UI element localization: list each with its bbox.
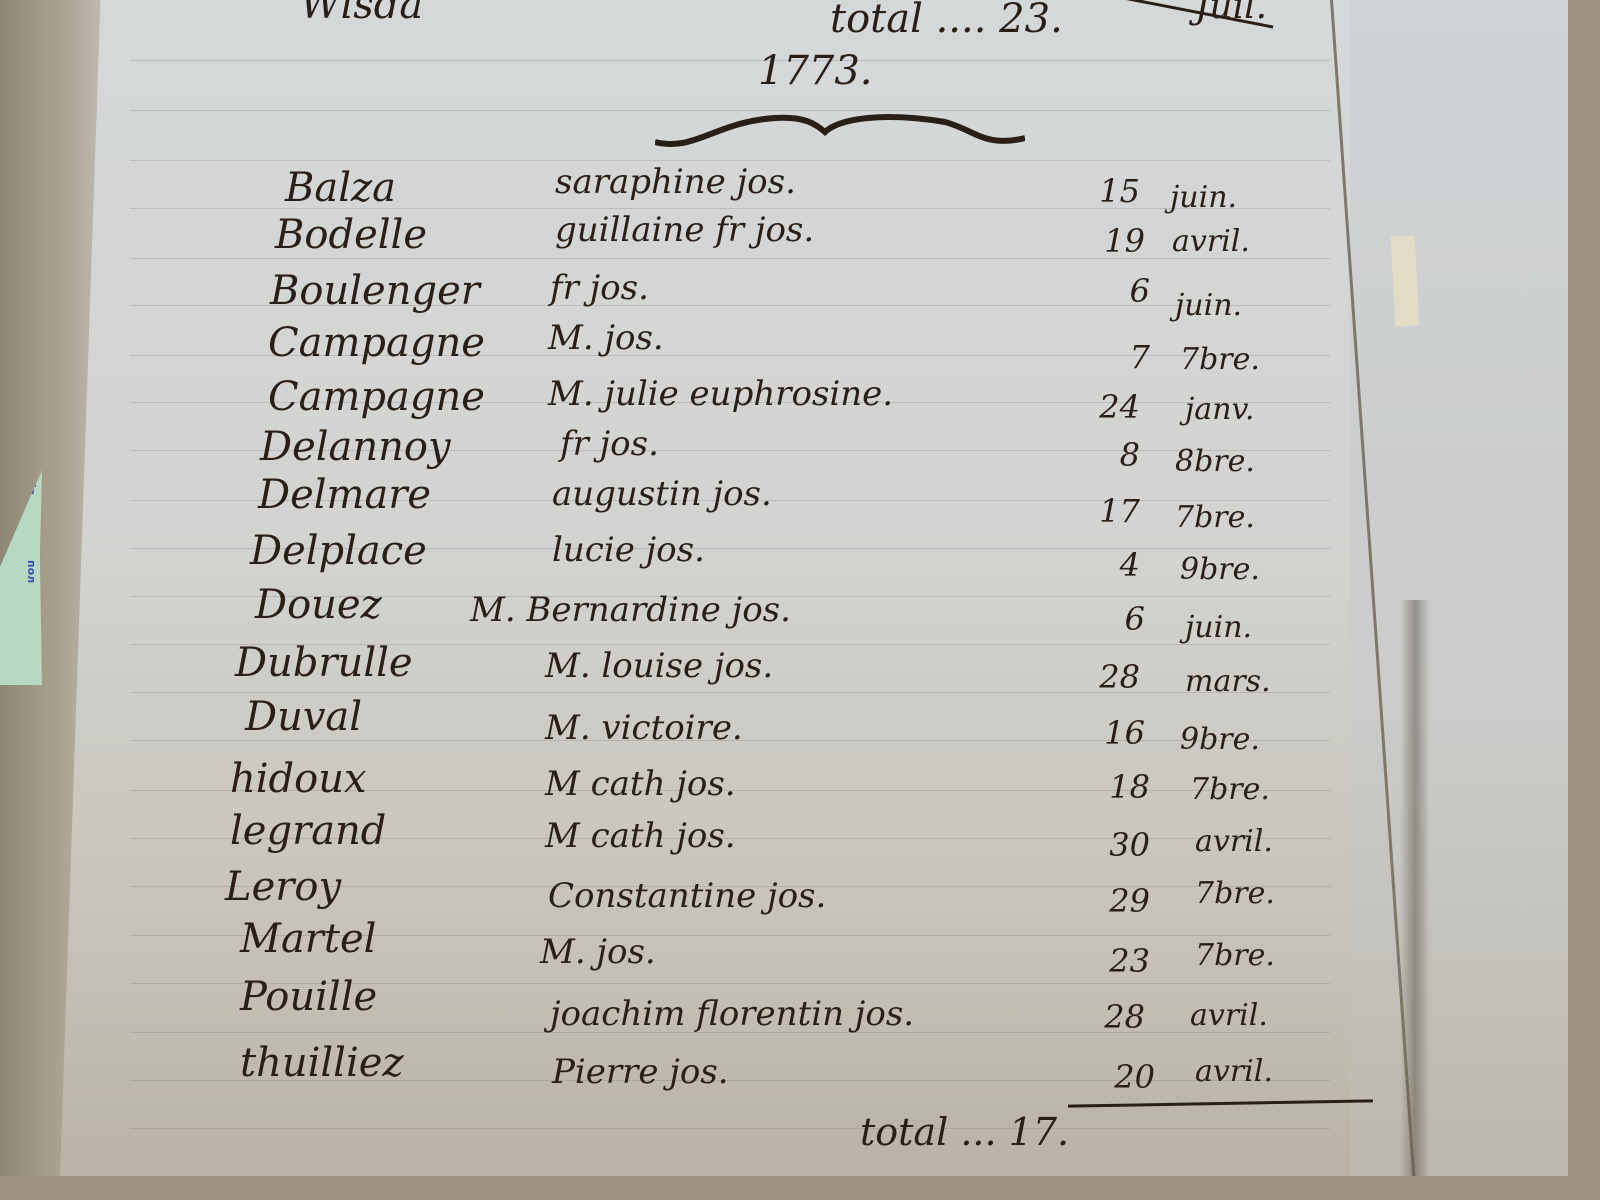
previous-total-label: total — [830, 0, 923, 42]
entry-month: 7bre. — [1175, 500, 1255, 535]
repair-tape — [1391, 235, 1420, 326]
entry-day: 19 — [1085, 222, 1145, 260]
entry-day: 6 — [1085, 600, 1145, 638]
entry-day: 18 — [1090, 768, 1150, 806]
page-fold-shadow — [1400, 600, 1430, 1176]
section-total-dots: ... — [960, 1110, 996, 1154]
entry-month: 7bre. — [1195, 938, 1275, 973]
entry-day: 29 — [1090, 882, 1150, 920]
entry-surname: Pouille — [240, 974, 377, 1020]
entry-month: juin. — [1170, 180, 1237, 215]
entry-day: 8 — [1080, 436, 1140, 474]
entry-surname: thuilliez — [240, 1040, 404, 1086]
entry-day: 16 — [1085, 714, 1145, 752]
previous-total-dots: .... — [936, 0, 987, 42]
entry-day: 23 — [1090, 942, 1150, 980]
heading-flourish — [655, 112, 1025, 162]
entry-month: 8bre. — [1175, 444, 1255, 479]
year-heading: 1773. — [758, 48, 873, 94]
entry-surname: hidoux — [230, 756, 367, 802]
entry-month: 9bre. — [1180, 722, 1260, 757]
entry-month: 9bre. — [1180, 552, 1260, 587]
entry-given-names: Constantine jos. — [548, 876, 826, 916]
entry-month: 7bre. — [1190, 772, 1270, 807]
entry-month: avril. — [1195, 1054, 1273, 1089]
entry-month: juin. — [1185, 610, 1252, 645]
entry-given-names: M. victoire. — [545, 708, 743, 748]
entry-surname: Duval — [245, 694, 362, 740]
entry-day: 4 — [1080, 546, 1140, 584]
entry-day: 28 — [1080, 658, 1140, 696]
entry-surname: Delannoy — [260, 424, 451, 470]
entry-given-names: fr jos. — [550, 268, 649, 308]
entry-day: 28 — [1085, 998, 1145, 1036]
entry-given-names: lucie jos. — [552, 530, 705, 570]
entry-surname: Balza — [285, 165, 396, 211]
entry-given-names: Pierre jos. — [552, 1052, 729, 1092]
entry-day: 24 — [1080, 388, 1140, 426]
entry-given-names: augustin jos. — [552, 474, 772, 514]
sticker-text: пол — [25, 560, 38, 583]
entry-given-names: M. jos. — [540, 932, 656, 972]
entry-surname: Delplace — [250, 528, 427, 574]
entry-month: 7bre. — [1195, 876, 1275, 911]
entry-month: 7bre. — [1180, 342, 1260, 377]
entry-day: 20 — [1095, 1058, 1155, 1096]
entry-surname: Martel — [240, 916, 376, 962]
section-total-value: 17. — [1009, 1110, 1069, 1154]
entry-given-names: M. louise jos. — [545, 646, 773, 686]
entry-given-names: M. Bernardine jos. — [470, 590, 791, 630]
entry-surname: Campagne — [268, 320, 485, 366]
entry-given-names: joachim florentin jos. — [550, 994, 914, 1034]
entry-surname: Bodelle — [275, 212, 427, 258]
entry-surname: Campagne — [268, 374, 485, 420]
entry-month: janv. — [1185, 392, 1254, 427]
entry-month: avril. — [1172, 224, 1250, 259]
entry-surname: Leroy — [225, 864, 341, 910]
entry-given-names: M cath jos. — [545, 764, 736, 804]
entry-given-names: guillaine fr jos. — [555, 210, 814, 250]
entry-month: mars. — [1185, 664, 1271, 699]
entry-day: 17 — [1080, 492, 1140, 530]
previous-total: total .... 23. — [830, 0, 1063, 42]
previous-total-value: 23. — [999, 0, 1063, 42]
entry-surname: Douez — [255, 582, 382, 628]
section-total: total ... 17. — [860, 1110, 1069, 1154]
entry-surname: Dubrulle — [235, 640, 413, 686]
entry-day: 15 — [1080, 172, 1140, 210]
entry-surname: Delmare — [258, 472, 431, 518]
entry-given-names: M cath jos. — [545, 816, 736, 856]
entry-month: avril. — [1190, 998, 1268, 1033]
previous-surname-partial: Wisda — [300, 0, 423, 28]
entry-day: 6 — [1090, 272, 1150, 310]
entry-surname: legrand — [230, 808, 386, 854]
entry-given-names: M. jos. — [548, 318, 664, 358]
entry-day: 30 — [1090, 826, 1150, 864]
entry-given-names: saraphine jos. — [555, 162, 796, 202]
section-total-label: total — [860, 1110, 948, 1154]
entry-surname: Boulenger — [270, 268, 480, 314]
entry-day: 7 — [1090, 338, 1150, 376]
entry-month: avril. — [1195, 824, 1273, 859]
entry-month: juin. — [1175, 288, 1242, 323]
entry-given-names: M. julie euphrosine. — [548, 374, 893, 414]
entry-given-names: fr jos. — [560, 424, 659, 464]
facing-page — [1350, 0, 1568, 1176]
